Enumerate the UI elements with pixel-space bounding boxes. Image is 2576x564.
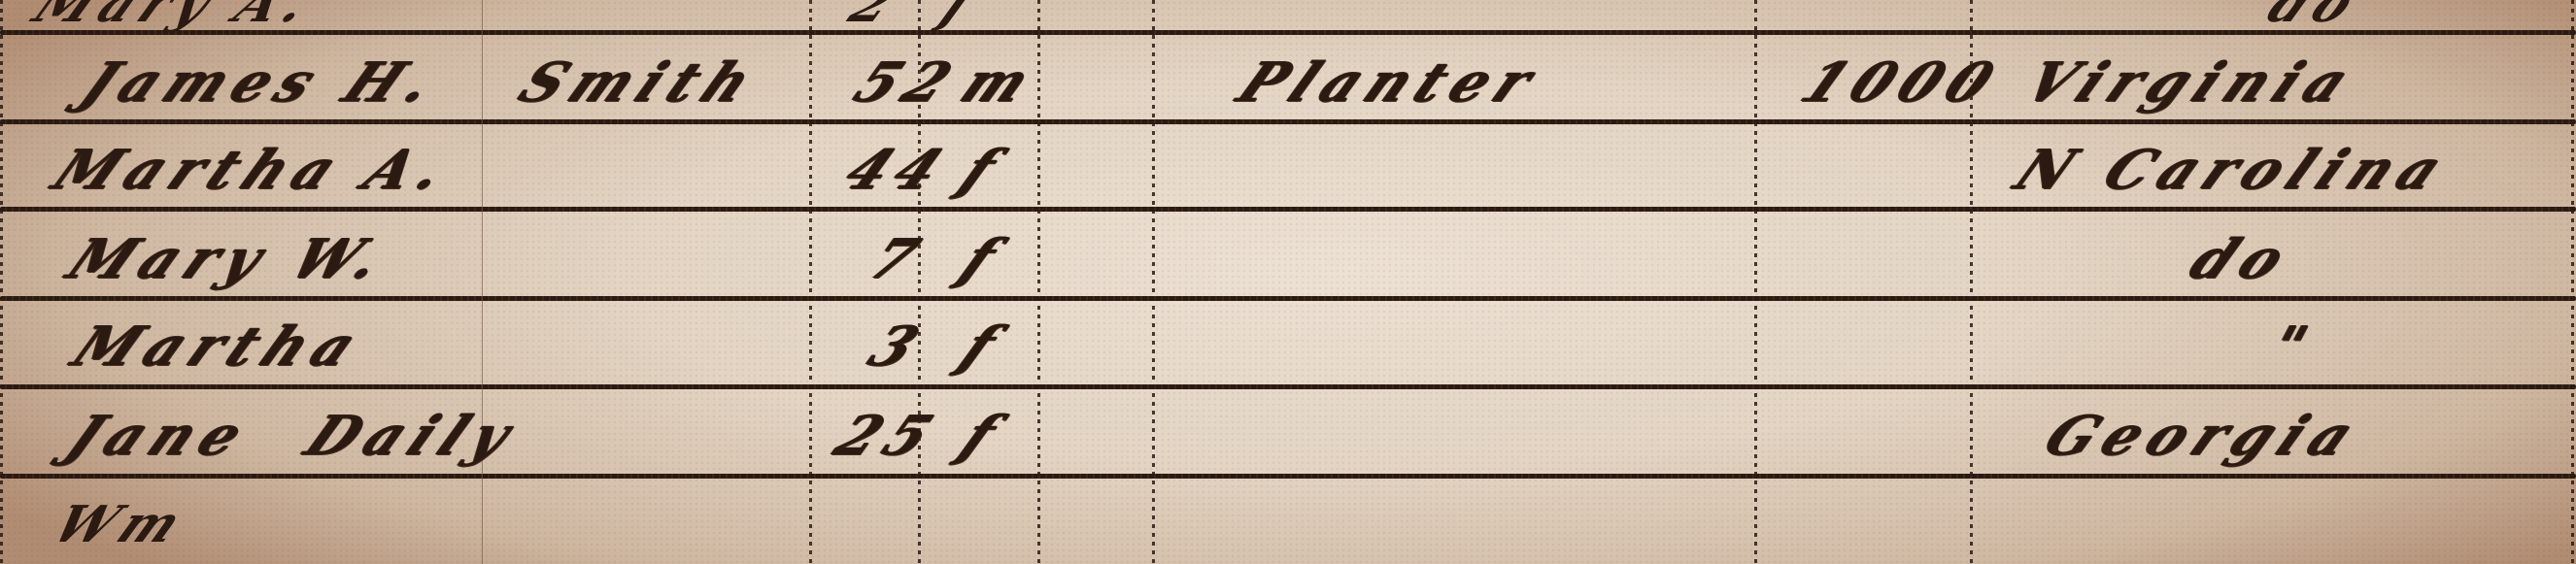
age: 7 — [855, 219, 944, 297]
given-name: Mary W. — [53, 219, 409, 297]
age: 25 — [821, 396, 957, 474]
census-page: Mary A. 2 f do James H. Smith 52 m Plant… — [0, 0, 2576, 564]
given-name: Jane — [53, 396, 269, 474]
sex: f — [947, 396, 1022, 474]
given-name: Martha A. — [39, 130, 472, 208]
real-estate-value — [1787, 307, 1829, 384]
column-divider — [809, 0, 812, 564]
sex: f — [947, 307, 1022, 384]
rule-line — [0, 474, 2576, 479]
partial-row-age: 2 — [839, 0, 914, 34]
occupation — [1224, 396, 1266, 474]
rule-line — [0, 30, 2576, 35]
partial-row-name: Mary A. — [23, 0, 328, 34]
birthplace: Virginia — [2011, 43, 2374, 120]
column-divider — [2571, 0, 2574, 564]
partial-row-name: Wm — [43, 495, 200, 554]
birthplace: Georgia — [2030, 396, 2380, 474]
partial-row-sex: f — [932, 0, 993, 34]
real-estate-value — [1787, 219, 1829, 297]
age: 44 — [830, 130, 966, 208]
surname — [505, 219, 547, 297]
column-divider — [0, 0, 3, 564]
surname — [505, 130, 547, 208]
column-divider — [1037, 0, 1040, 564]
birthplace: " — [2254, 307, 2333, 384]
partial-row-birthplace: do — [2257, 0, 2373, 34]
age: 3 — [855, 307, 944, 384]
occupation — [1224, 307, 1266, 384]
birthplace: N Carolina — [2001, 130, 2467, 208]
birthplace: do — [2176, 219, 2311, 297]
given-name: James H. — [68, 43, 460, 120]
rule-line — [0, 384, 2576, 389]
surname — [505, 307, 547, 384]
occupation: Planter — [1224, 43, 1558, 120]
real-estate-value — [1787, 396, 1829, 474]
real-estate-value — [1787, 130, 1829, 208]
surname: Daily — [291, 396, 536, 474]
occupation — [1224, 219, 1266, 297]
given-name: Martha — [58, 307, 382, 384]
column-divider — [1754, 0, 1757, 564]
sex: f — [947, 219, 1022, 297]
column-divider — [1152, 0, 1155, 564]
occupation — [1224, 130, 1266, 208]
surname: Smith — [505, 43, 777, 120]
page-fold-line — [482, 0, 483, 564]
real-estate-value: 1000 — [1787, 43, 2018, 120]
